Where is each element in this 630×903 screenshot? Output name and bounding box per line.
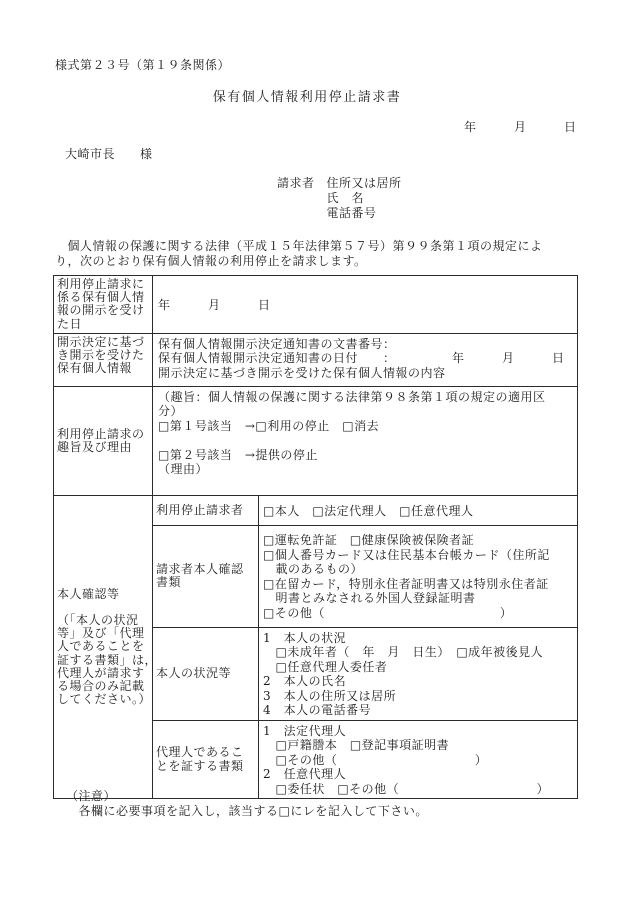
form-table: 利用停止請求に 係る保有個人情 報の開示を受け た日 年 月 日 開示決定に基づ…	[53, 275, 578, 799]
row1-value-date-field: 年 月 日	[153, 276, 578, 334]
form-number: 様式第２３号（第１９条関係）	[55, 58, 230, 73]
table-row: 本人確認等 （「本人の状況 等」及び「代理 人であることを 証する書類」は， 代…	[54, 495, 578, 525]
requester-label: 請求者	[277, 176, 315, 221]
addressee: 大崎市長 様	[65, 147, 153, 162]
intro-paragraph: 個人情報の保護に関する法律（平成１５年法律第５７号）第９９条第１項の規定によ り…	[55, 239, 543, 270]
row4b-label-identity-documents: 請求者本人確認 書類	[153, 525, 259, 627]
spacer	[315, 176, 327, 221]
form-page: 様式第２３号（第１９条関係） 保有個人情報利用停止請求書 年 月 日 大崎市長 …	[0, 0, 630, 903]
requester-fields: 住所又は居所 氏 名 電話番号	[327, 176, 402, 221]
row4c-content-principal-status-items: 1 本人の状況 □未成年者（ 年 月 日生） □成年被後見人 □任意代理人委任者…	[259, 627, 578, 720]
row4a-label-requester-type: 利用停止請求者	[153, 495, 259, 525]
row4d-content-proof-of-agency-checkboxes: 1 法定代理人 □戸籍謄本 □登記事項証明書 □その他（ ） 2 任意代理人 □…	[259, 720, 578, 799]
notes-footer: （注意） 各欄に必要事項を記入し，該当する□にレを記入して下さい。	[66, 789, 428, 820]
requester-block: 請求者 住所又は居所 氏 名 電話番号	[277, 176, 402, 221]
row3-label-purpose-reason: 利用停止請求の 趣旨及び理由	[54, 386, 153, 495]
row1-label-disclosure-date: 利用停止請求に 係る保有個人情 報の開示を受け た日	[54, 276, 153, 334]
date-line: 年 月 日	[464, 120, 577, 135]
row4d-label-proof-of-agency: 代理人であるこ とを証する書類	[153, 720, 259, 799]
table-row: 利用停止請求の 趣旨及び理由 （趣旨：個人情報の保護に関する法律第９８条第１項の…	[54, 386, 578, 495]
row3-content-purpose-checkboxes: （趣旨：個人情報の保護に関する法律第９８条第１項の規定の適用区 分） □第１号該…	[153, 386, 578, 495]
row2-content-notice-fields: 保有個人情報開示決定通知書の文書番号： 保有個人情報開示決定通知書の日付 ： 年…	[153, 333, 578, 386]
row4b-content-identity-documents-checkboxes: □運転免許証 □健康保険被保険者証 □個人番号カード又は住民基本台帳カード（住所…	[259, 525, 578, 627]
row4-label-identity-verification: 本人確認等 （「本人の状況 等」及び「代理 人であることを 証する書類」は， 代…	[54, 495, 153, 799]
page-title: 保有個人情報利用停止請求書	[0, 90, 614, 105]
row4c-label-principal-status: 本人の状況等	[153, 627, 259, 720]
table-row: 利用停止請求に 係る保有個人情 報の開示を受け た日 年 月 日	[54, 276, 578, 334]
row2-label-disclosed-info: 開示決定に基づ き開示を受けた 保有個人情報	[54, 333, 153, 386]
row4a-content-requester-type-checkboxes: □本人 □法定代理人 □任意代理人	[259, 495, 578, 525]
table-row: 開示決定に基づ き開示を受けた 保有個人情報 保有個人情報開示決定通知書の文書番…	[54, 333, 578, 386]
